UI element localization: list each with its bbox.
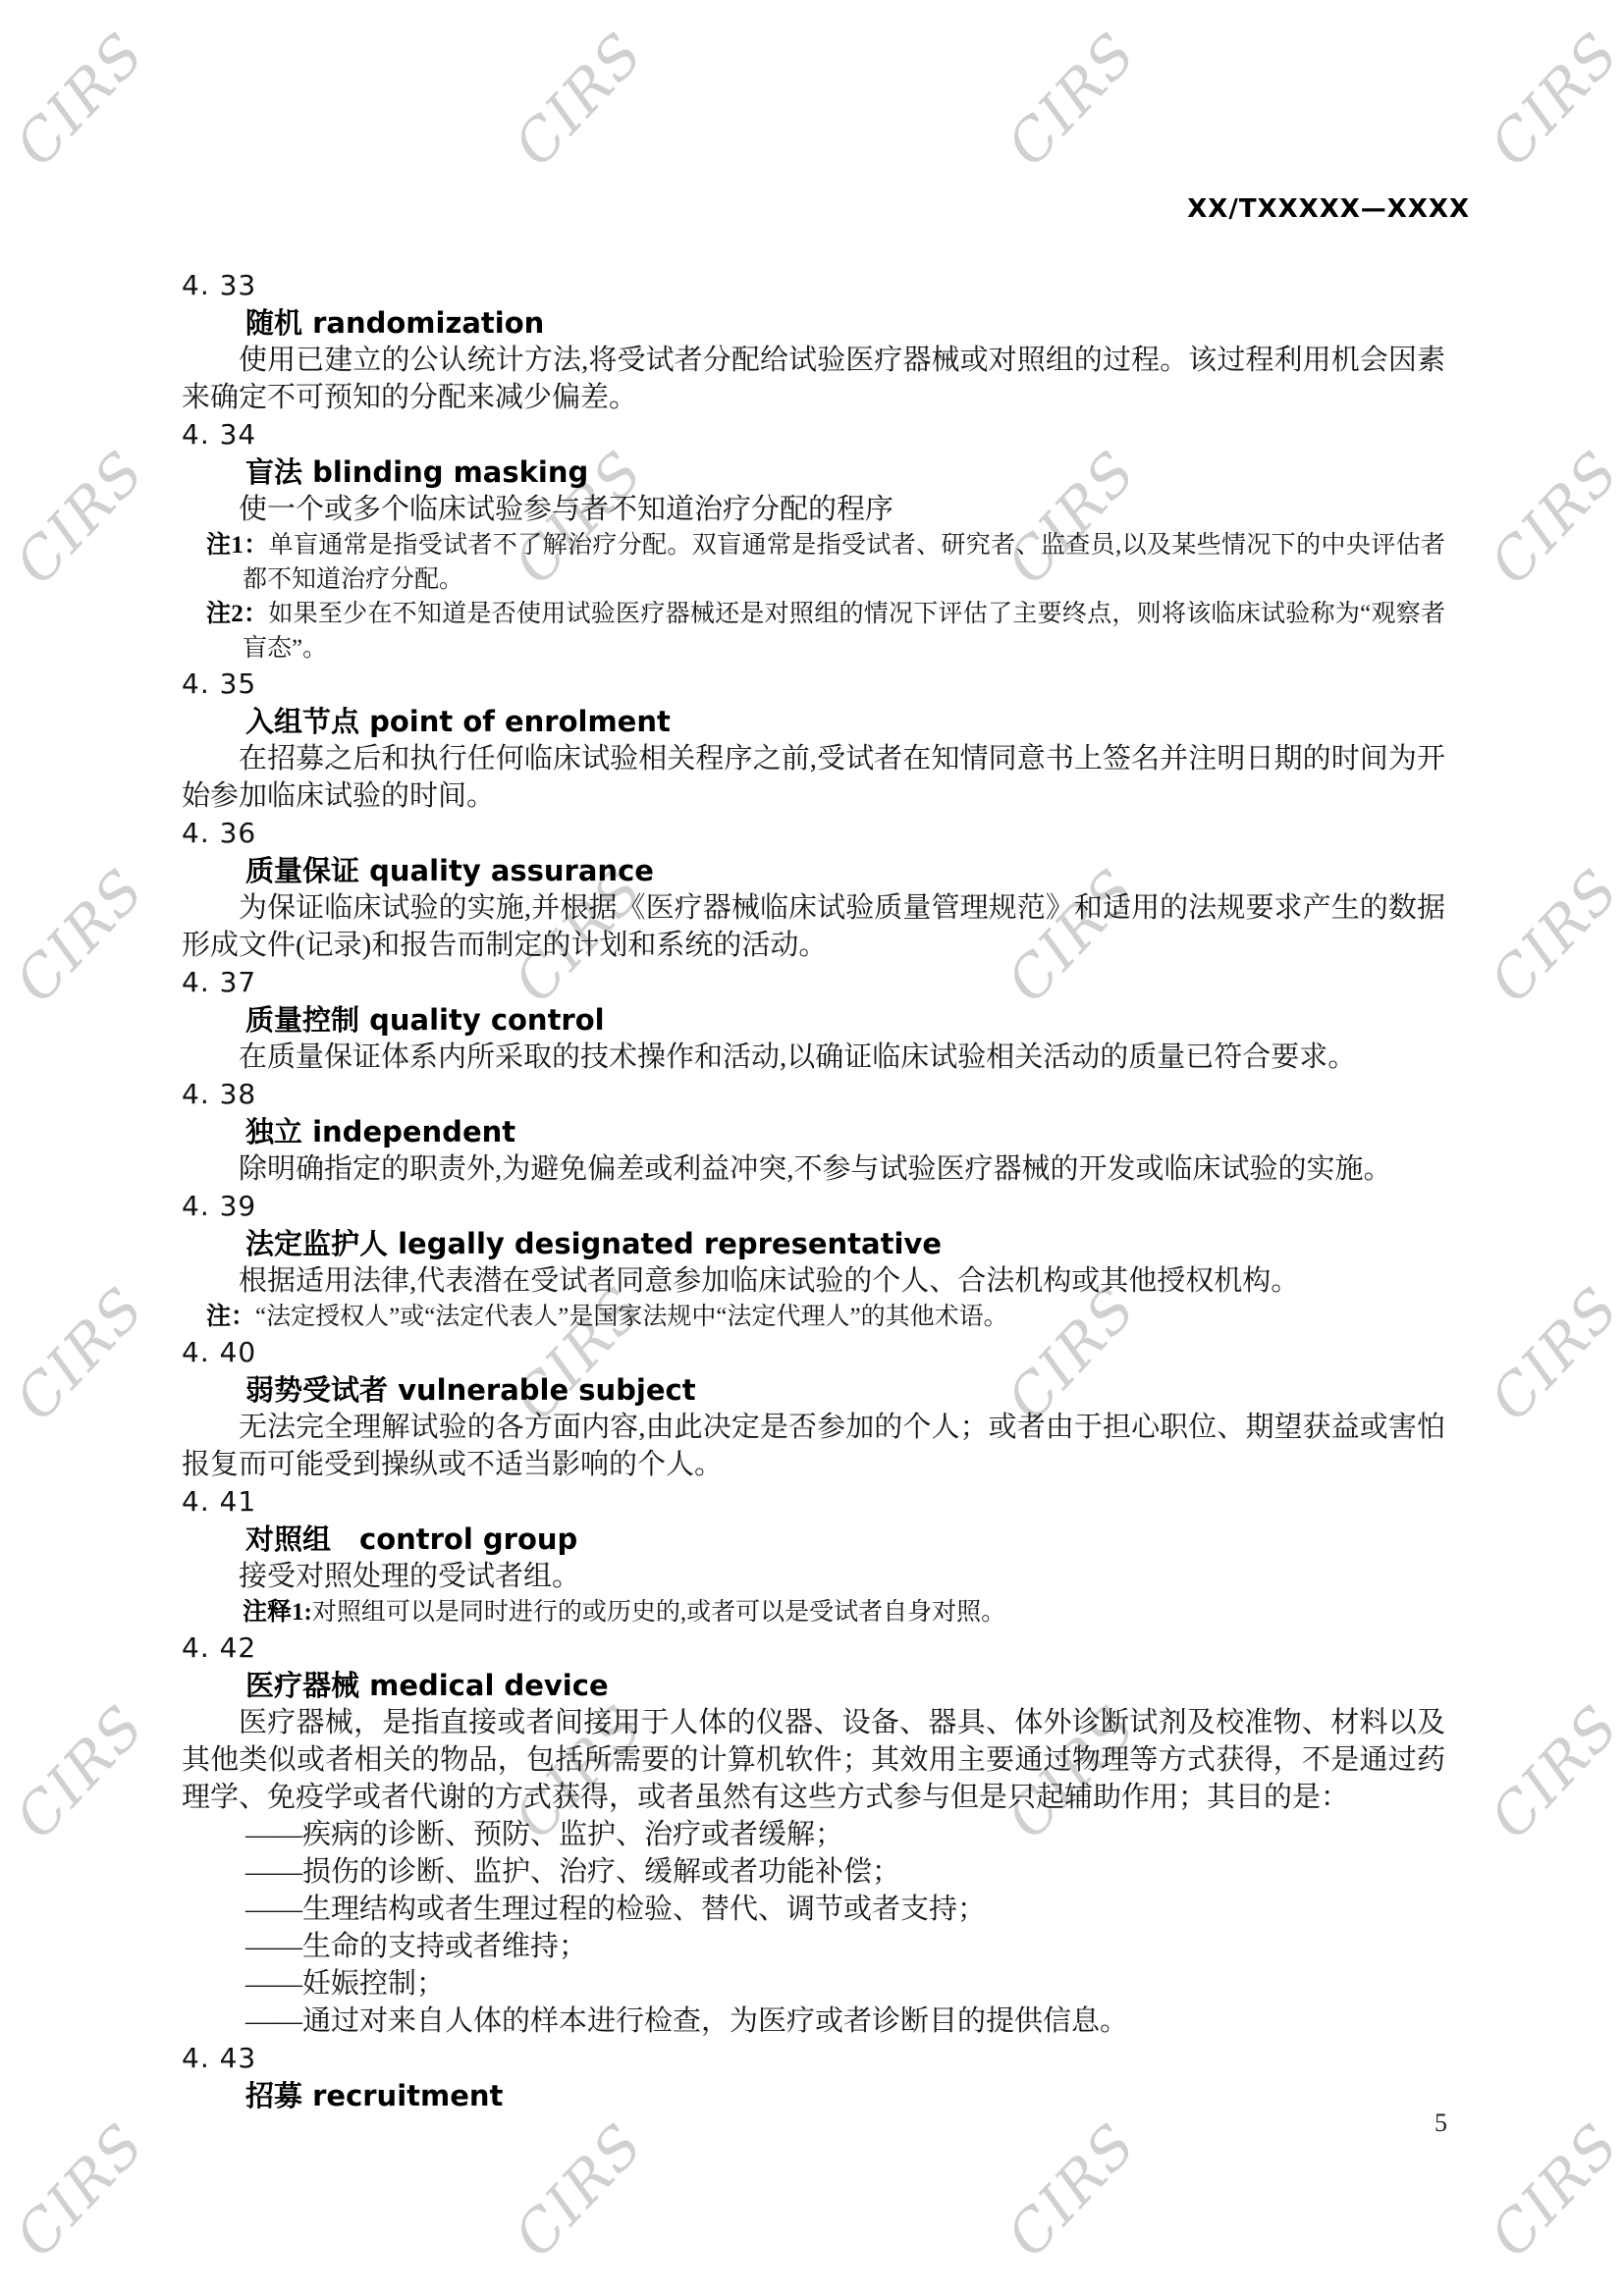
watermark-text: CIRS <box>2 1274 157 1433</box>
note: 注：“法定授权人”或“法定代表人”是国家法规中“法定代理人”的其他术语。 <box>182 1300 1445 1334</box>
section: 4. 41 对照组 control group 接受对照处理的受试者组。 注释1… <box>182 1483 1445 1629</box>
dash-list-item: ——通过对来自人体的样本进行检查，为医疗或者诊断目的提供信息。 <box>182 2002 1445 2040</box>
definition-paragraph: 接受对照处理的受试者组。 <box>182 1558 1445 1595</box>
term-heading: 法定监护人 legally designated representative <box>245 1225 1445 1262</box>
watermark-text: CIRS <box>1477 20 1624 179</box>
note: 注1：单盲通常是指受试者不了解治疗分配。双盲通常是指受试者、研究者、监查员,以及… <box>182 528 1445 597</box>
watermark-text: CIRS <box>1477 2110 1624 2269</box>
note-label: 注： <box>206 1304 255 1330</box>
section-number: 4. 35 <box>182 666 1445 703</box>
term-heading: 弱势受试者 vulnerable subject <box>245 1371 1445 1409</box>
definition-paragraph: 在质量保证体系内所采取的技术操作和活动,以确证临床试验相关活动的质量已符合要求。 <box>182 1039 1445 1076</box>
definition-paragraph: 使用已建立的公认统计方法,将受试者分配给试验医疗器械或对照组的过程。该过程利用机… <box>182 342 1445 416</box>
term-heading: 盲法 blinding masking <box>245 454 1445 491</box>
term-heading: 质量保证 quality assurance <box>245 852 1445 889</box>
watermark-text: CIRS <box>2 2110 157 2269</box>
term-heading: 随机 randomization <box>245 304 1445 342</box>
terminology-content: 4. 33 随机 randomization 使用已建立的公认统计方法,将受试者… <box>182 267 1445 2114</box>
note-text: 对照组可以是同时进行的或历史的,或者可以是受试者自身对照。 <box>312 1599 1005 1626</box>
dash-list-item: ——生理结构或者生理过程的检验、替代、调节或者支持； <box>182 1891 1445 1928</box>
section-number: 4. 36 <box>182 815 1445 852</box>
watermark-text: CIRS <box>1477 1692 1624 1851</box>
watermark-text: CIRS <box>2 1692 157 1851</box>
watermark-text: CIRS <box>501 20 656 179</box>
section: 4. 35 入组节点 point of enrolment 在招募之后和执行任何… <box>182 666 1445 815</box>
definition-paragraph: 为保证临床试验的实施,并根据《医疗器械临床试验质量管理规范》和适用的法规要求产生… <box>182 889 1445 964</box>
section-number: 4. 39 <box>182 1188 1445 1225</box>
term-heading: 医疗器械 medical device <box>245 1667 1445 1704</box>
note: 注2：如果至少在不知道是否使用试验医疗器械还是对照组的情况下评估了主要终点，则将… <box>182 597 1445 666</box>
definition-paragraph: 在招募之后和执行任何临床试验相关程序之前,受试者在知情同意书上签名并注明日期的时… <box>182 740 1445 815</box>
section: 4. 42 医疗器械 medical device 医疗器械，是指直接或者间接用… <box>182 1629 1445 2040</box>
section-number: 4. 43 <box>182 2040 1445 2077</box>
note-text: 如果至少在不知道是否使用试验医疗器械还是对照组的情况下评估了主要终点，则将该临床… <box>243 601 1445 662</box>
section-number: 4. 33 <box>182 267 1445 304</box>
page-number: 5 <box>1435 2109 1447 2138</box>
section: 4. 39 法定监护人 legally designated represent… <box>182 1188 1445 1334</box>
document-code: XX/TXXXXX—XXXX <box>1187 194 1470 224</box>
section: 4. 34 盲法 blinding masking 使一个或多个临床试验参与者不… <box>182 416 1445 666</box>
watermark-text: CIRS <box>2 20 157 179</box>
section-number: 4. 38 <box>182 1076 1445 1113</box>
term-heading: 对照组 control group <box>245 1521 1445 1558</box>
section-number: 4. 40 <box>182 1334 1445 1371</box>
section-number: 4. 42 <box>182 1629 1445 1667</box>
note-label: 注2： <box>206 601 268 627</box>
watermark-text: CIRS <box>2 856 157 1015</box>
section: 4. 40 弱势受试者 vulnerable subject 无法完全理解试验的… <box>182 1334 1445 1483</box>
section: 4. 43 招募 recruitment <box>182 2040 1445 2114</box>
section-number: 4. 34 <box>182 416 1445 454</box>
note-text: 单盲通常是指受试者不了解治疗分配。双盲通常是指受试者、研究者、监查员,以及某些情… <box>243 532 1445 593</box>
dash-list-item: ——损伤的诊断、监护、治疗、缓解或者功能补偿； <box>182 1853 1445 1891</box>
note-text: “法定授权人”或“法定代表人”是国家法规中“法定代理人”的其他术语。 <box>255 1304 1008 1330</box>
watermark-text: CIRS <box>994 2110 1149 2269</box>
term-heading: 招募 recruitment <box>245 2077 1445 2114</box>
definition-paragraph: 使一个或多个临床试验参与者不知道治疗分配的程序 <box>182 491 1445 528</box>
watermark-text: CIRS <box>994 20 1149 179</box>
definition-paragraph: 根据适用法律,代表潜在受试者同意参加临床试验的个人、合法机构或其他授权机构。 <box>182 1262 1445 1300</box>
section: 4. 37 质量控制 quality control 在质量保证体系内所采取的技… <box>182 964 1445 1076</box>
term-heading: 入组节点 point of enrolment <box>245 703 1445 740</box>
dash-list-item: ——疾病的诊断、预防、监护、治疗或者缓解； <box>182 1816 1445 1853</box>
section-number: 4. 41 <box>182 1483 1445 1521</box>
section-number: 4. 37 <box>182 964 1445 1001</box>
watermark-text: CIRS <box>1477 438 1624 597</box>
note: 注释1:对照组可以是同时进行的或历史的,或者可以是受试者自身对照。 <box>182 1595 1445 1629</box>
watermark-text: CIRS <box>501 2110 656 2269</box>
document-page: { "header": { "doc_code": "XX/TXXXXX—XXX… <box>0 0 1624 2296</box>
definition-paragraph: 医疗器械，是指直接或者间接用于人体的仪器、设备、器具、体外诊断试剂及校准物、材料… <box>182 1704 1445 1816</box>
dash-list-item: ——生命的支持或者维持； <box>182 1928 1445 1965</box>
term-heading: 独立 independent <box>245 1113 1445 1150</box>
watermark-text: CIRS <box>2 438 157 597</box>
definition-paragraph: 除明确指定的职责外,为避免偏差或利益冲突,不参与试验医疗器械的开发或临床试验的实… <box>182 1150 1445 1188</box>
watermark-text: CIRS <box>1477 1274 1624 1433</box>
note-label: 注1： <box>206 532 269 559</box>
section: 4. 38 独立 independent 除明确指定的职责外,为避免偏差或利益冲… <box>182 1076 1445 1188</box>
section: 4. 36 质量保证 quality assurance 为保证临床试验的实施,… <box>182 815 1445 964</box>
note-label: 注释1: <box>243 1599 312 1626</box>
dash-list-item: ——妊娠控制； <box>182 1965 1445 2002</box>
term-heading: 质量控制 quality control <box>245 1001 1445 1039</box>
watermark-text: CIRS <box>1477 856 1624 1015</box>
section: 4. 33 随机 randomization 使用已建立的公认统计方法,将受试者… <box>182 267 1445 416</box>
definition-paragraph: 无法完全理解试验的各方面内容,由此决定是否参加的个人；或者由于担心职位、期望获益… <box>182 1409 1445 1483</box>
